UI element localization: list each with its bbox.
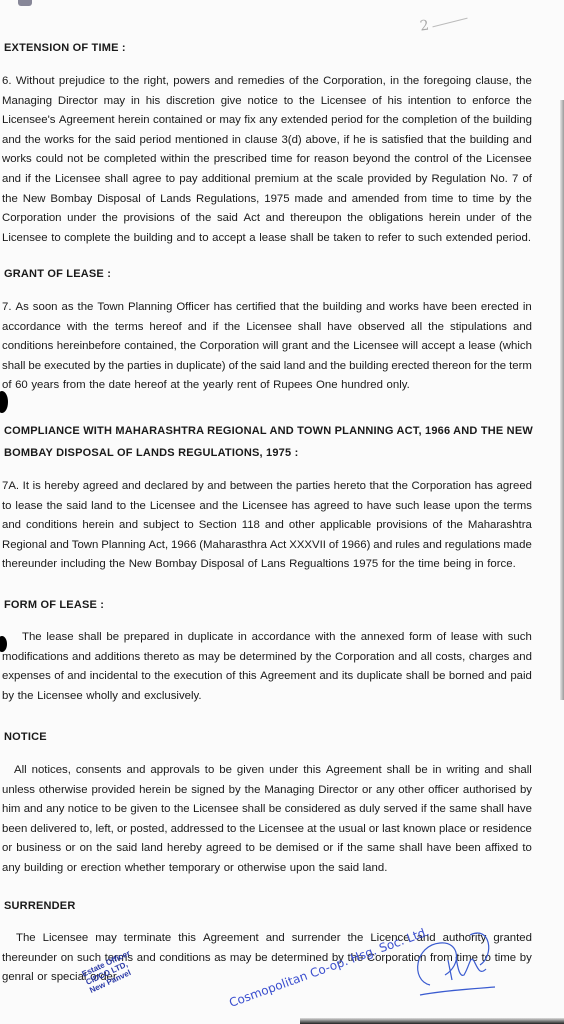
page-mark-stroke — [432, 18, 467, 28]
notice-text-line: himandanynoticetobegiventotheLicenseesha… — [2, 802, 532, 816]
extension-of-time-text-line: Licenseetocompletethebuildingandtoaccept… — [2, 231, 532, 245]
compliance-text-line: thereunderincludingtheNewBombayDisposalo… — [2, 557, 532, 571]
extension-of-time-text-line: andtheworksforthesaidperiodmentionedincl… — [2, 133, 532, 147]
grant-of-lease-heading: GRANT OF LEASE : — [4, 268, 111, 280]
extension-of-time-text-line: Licensee'sAgreementhereincontainedormayf… — [2, 113, 532, 127]
extension-of-time-text-line: andiftheLicenseeshallagreetopayadditiona… — [2, 172, 532, 186]
notice-text-line: anybuildingorerectionwhethertemporaryoro… — [2, 861, 532, 875]
notice-heading: NOTICE — [4, 731, 47, 743]
notice-text-line: beendeliveredto,left,orposted,addressedt… — [2, 822, 532, 836]
grant-of-lease-text-line: accordancewiththetermshereofandiftheLice… — [2, 320, 532, 334]
extension-of-time-text-line: workscouldnotbecompletedwithintheprescri… — [2, 152, 532, 166]
extension-of-time-heading: EXTENSION OF TIME : — [4, 42, 126, 54]
grant-of-lease-text-line: shallbeexecutedbythepartiesinduplicate)o… — [2, 359, 532, 373]
form-of-lease-heading: FORM OF LEASE : — [4, 599, 104, 611]
notice-text-line: unlessotherwiseprovidedhereinbesignedbyt… — [2, 783, 532, 797]
surrender-heading: SURRENDER — [4, 900, 75, 912]
grant-of-lease-text-line: conditionshereinbeforecontained,theCorpo… — [2, 339, 532, 353]
form-of-lease-text-line: Theleaseshallbepreparedinduplicateinacco… — [22, 630, 532, 644]
compliance-heading: COMPLIANCE WITH MAHARASHTRA REGIONAL AND… — [4, 425, 533, 437]
extension-of-time-text-line: theNewBombayDisposalofLandsRegulations,1… — [2, 192, 532, 206]
notice-text-line: orbusinessoronthesaidlandherebyagreedtob… — [2, 841, 532, 855]
compliance-text-line: RegionalandTownPlanningAct,1966(Maharast… — [2, 538, 532, 552]
extension-of-time-text-line: CorporationundertheprovisionsofthesaidAc… — [2, 211, 532, 225]
compliance-text-line: 7A.Itisherebyagreedanddeclaredbyandbetwe… — [2, 479, 532, 493]
compliance-text-line: toleasethesaidlandtotheLicenseeandtheLic… — [2, 499, 532, 513]
page-edge-shadow — [560, 100, 564, 700]
scan-artifact — [18, 0, 32, 6]
extension-of-time-text-line: ManagingDirectormayinhisdiscretiongiveno… — [2, 94, 532, 108]
compliance-text-line: andconditionshereinandsubjecttoSection11… — [2, 518, 532, 532]
form-of-lease-text-line: bytheLicenseewhollyandexclusively. — [2, 689, 532, 703]
form-of-lease-text-line: modificationsandadditionstheretoasmaybed… — [2, 650, 532, 664]
grant-of-lease-text-line: 7.AssoonastheTownPlanningOfficerhascerti… — [2, 300, 532, 314]
notice-text-line: Allnotices,consentsandapprovalstobegiven… — [14, 763, 532, 777]
extension-of-time-text-line: 6.Withoutprejudicetotheright,powersandre… — [2, 74, 532, 88]
compliance-heading: BOMBAY DISPOSAL OF LANDS REGULATIONS, 19… — [4, 447, 298, 459]
page-number-mark: 2 — [419, 17, 430, 34]
document-page: 2 EXTENSION OF TIME :6.Withoutprejudicet… — [0, 0, 564, 1024]
form-of-lease-text-line: expensesofandincidentaltotheexecutionoft… — [2, 669, 532, 683]
signature — [400, 925, 500, 1005]
grant-of-lease-text-line: of60yearsfromthedatehereofattheyearlyren… — [2, 378, 532, 392]
page-edge-shadow — [300, 1018, 564, 1024]
punch-hole — [0, 391, 8, 413]
